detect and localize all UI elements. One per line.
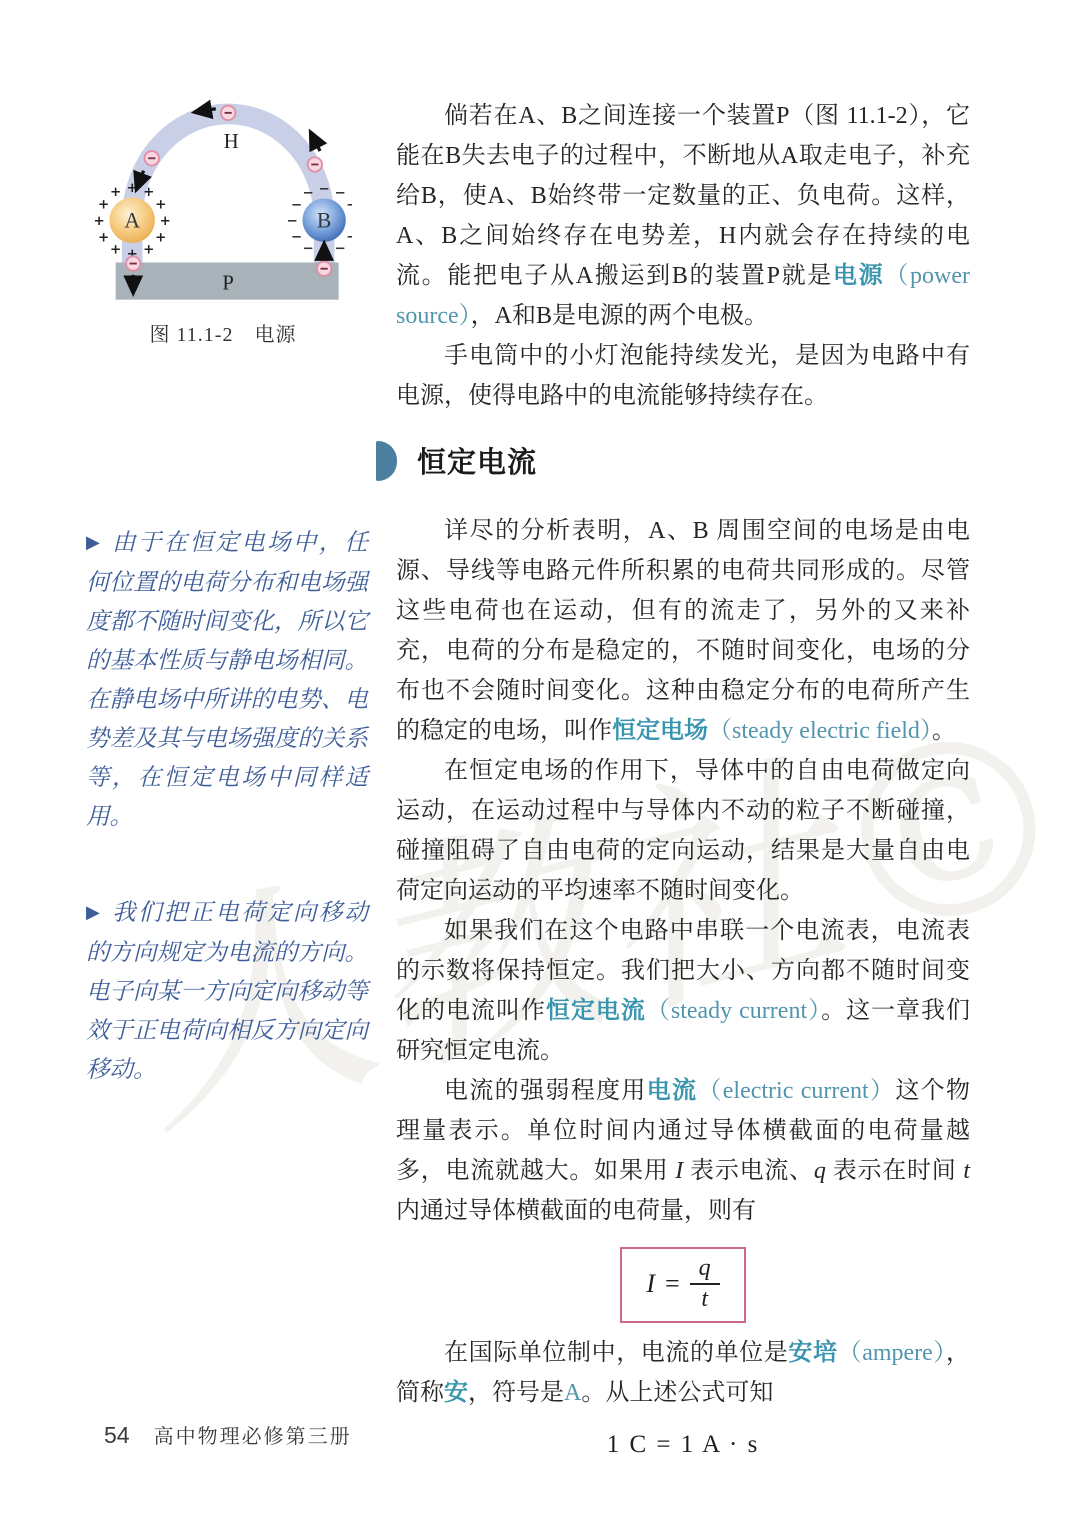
svg-text:+: + — [98, 197, 109, 212]
svg-text:+: + — [155, 230, 166, 245]
electron — [317, 261, 331, 275]
svg-text:+: + — [155, 197, 166, 212]
textbook-page: 人教社© — [0, 0, 1080, 1527]
paragraph: 在恒定电场的作用下，导体中的自由电荷做定向运动，在运动过程中与导体内不动的粒子不… — [396, 751, 970, 911]
formula-equals: = — [665, 1269, 680, 1299]
power-source-diagram: ++++++++++++ −−−−−−−−−−−− — [94, 88, 352, 307]
note-arrow-icon: ▶ — [86, 902, 102, 922]
margin-note: ▶我们把正电荷定向移动的方向规定为电流的方向。电子向某一方向定向移动等效于正电荷… — [86, 894, 368, 1090]
paragraph: 在国际单位制中，电流的单位是安培（ampere），简称安，符号是A。从上述公式可… — [396, 1333, 970, 1413]
figure-caption: 图 11.1-2 电源 — [94, 318, 352, 347]
arrow — [312, 135, 320, 152]
svg-text:+: + — [127, 181, 138, 196]
svg-text:+: + — [110, 185, 121, 200]
svg-text:+: + — [143, 185, 154, 200]
paragraph: 如果我们在这个电路中串联一个电流表，电流表的示数将保持恒定。我们把大小、方向都不… — [396, 911, 970, 1071]
main-text-column: 倘若在A、B之间连接一个装置P（图 11.1-2），它能在B失去电子的过程中，不… — [396, 96, 970, 1459]
formula-denominator: t — [690, 1285, 720, 1313]
svg-text:−: − — [291, 198, 302, 213]
electron — [126, 256, 140, 270]
figure-power-source: ++++++++++++ −−−−−−−−−−−− — [94, 88, 352, 347]
svg-text:−: − — [351, 214, 352, 229]
svg-text:−: − — [335, 186, 346, 201]
unit-equation: 1 C = 1 A · s — [396, 1431, 970, 1459]
current-formula-box: I = q t — [620, 1247, 745, 1323]
svg-text:−: − — [346, 230, 352, 245]
svg-text:−: − — [287, 214, 298, 229]
page-number: 54 — [104, 1422, 130, 1449]
sphere-b-label: B — [317, 208, 331, 232]
base-label: P — [222, 272, 233, 294]
note-arrow-icon: ▶ — [86, 532, 102, 552]
svg-text:−: − — [335, 242, 346, 257]
margin-note-text: 由于在恒定电场中，任何位置的电荷分布和电场强度都不随时间变化，所以它的基本性质与… — [86, 530, 368, 830]
svg-text:−: − — [319, 182, 330, 197]
paragraph: 电流的强弱程度用电流（electric current）这个物理量表示。单位时间… — [396, 1071, 970, 1231]
margin-note: ▶由于在恒定电场中，任何位置的电荷分布和电场强度都不随时间变化，所以它的基本性质… — [86, 524, 368, 837]
electron — [145, 151, 159, 165]
svg-text:−: − — [303, 242, 314, 257]
svg-text:−: − — [291, 230, 302, 245]
formula-symbol: I — [646, 1269, 655, 1299]
arc-label: H — [224, 131, 239, 153]
book-title: 高中物理必修第三册 — [154, 1420, 352, 1449]
svg-text:+: + — [110, 242, 121, 257]
section-title: 恒定电流 — [417, 440, 537, 481]
svg-text:−: − — [346, 198, 352, 213]
svg-text:+: + — [94, 214, 105, 229]
formula-fraction: q t — [690, 1255, 720, 1313]
paragraph: 倘若在A、B之间连接一个装置P（图 11.1-2），它能在B失去电子的过程中，不… — [396, 96, 970, 336]
svg-text:+: + — [98, 230, 109, 245]
svg-text:+: + — [160, 214, 171, 229]
sphere-a-label: A — [124, 208, 140, 232]
section-header: 恒定电流 — [376, 440, 970, 481]
margin-note-text: 我们把正电荷定向移动的方向规定为电流的方向。电子向某一方向定向移动等效于正电荷向… — [86, 900, 368, 1083]
section-marker-icon — [376, 441, 397, 481]
svg-text:+: + — [143, 242, 154, 257]
page-footer: 54 高中物理必修第三册 — [104, 1420, 352, 1449]
electron — [221, 106, 235, 120]
formula-numerator: q — [690, 1255, 720, 1285]
electron — [308, 157, 322, 171]
svg-text:−: − — [303, 186, 314, 201]
paragraph: 手电筒中的小灯泡能持续发光，是因为电路中有电源，使得电路中的电流能够持续存在。 — [396, 336, 970, 416]
paragraph: 详尽的分析表明，A、B 周围空间的电场是由电源、导线等电路元件所积累的电荷共同形… — [396, 511, 970, 751]
